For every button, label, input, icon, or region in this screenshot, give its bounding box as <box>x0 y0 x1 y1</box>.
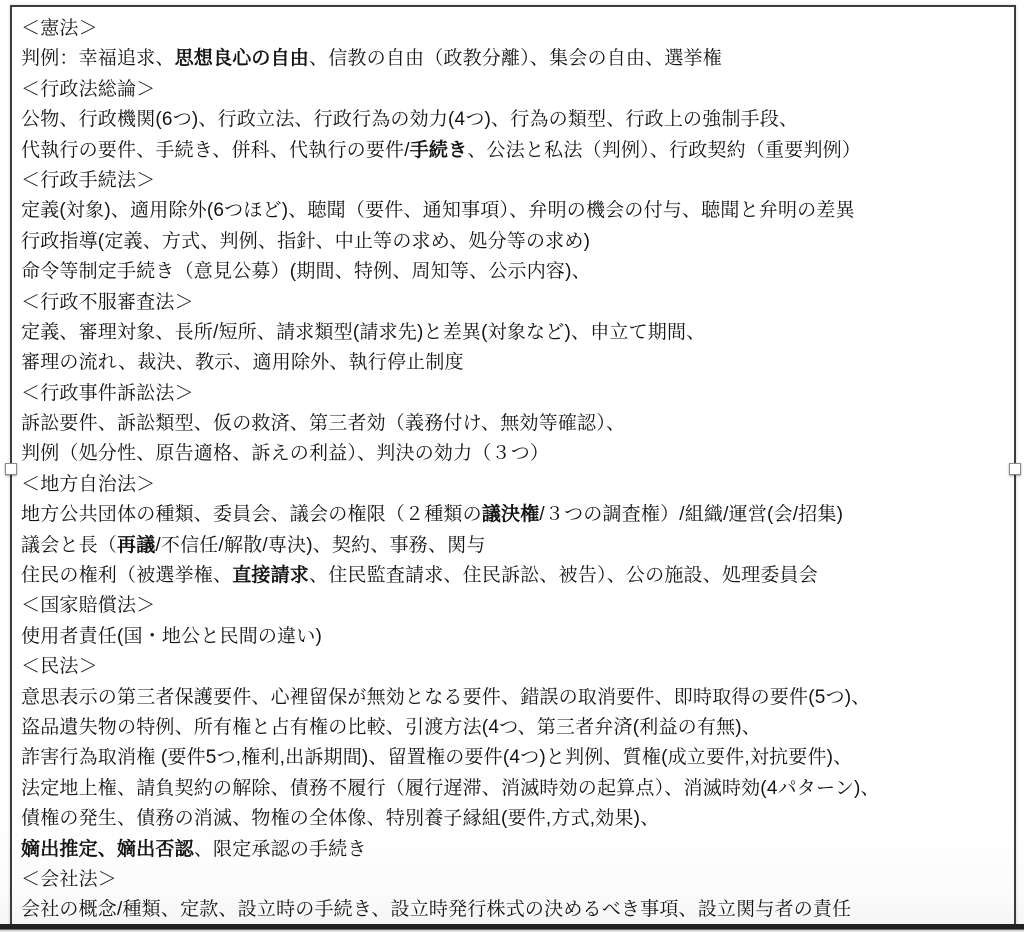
text-segment: ＜会社法＞ <box>21 869 117 890</box>
text-line: 会社の概念/種類、定款、設立時の手続き、設立時発行株式の決めるべき事項、設立関与… <box>21 895 1005 925</box>
text-segment: ＜国家賠償法＞ <box>21 595 155 616</box>
text-segment: 意思表示の第三者保護要件、心裡留保が無効となる要件、錯誤の取消要件、即時取得の要… <box>21 687 870 708</box>
section-heading: ＜憲法＞ <box>21 14 1005 44</box>
text-line: 訴訟要件、訴訟類型、仮の救済、第三者効（義務付け、無効等確認）、 <box>21 409 1005 439</box>
text-segment: 法定地上権、請負契約の解除、債務不履行（履行遅滞、消滅時効の起算点）、消滅時効(… <box>21 778 880 799</box>
section-heading: ＜行政事件訴訟法＞ <box>21 379 1005 409</box>
text-segment: /３つの調査権）/組織/運営(会/招集) <box>539 504 843 525</box>
text-segment: ＜地方自治法＞ <box>21 474 155 495</box>
text-segment: 公物、行政機関(6つ)、行政立法、行政行為の効力(4つ)、行為の類型、行政上の強… <box>21 109 798 130</box>
editor-canvas: ＜憲法＞判例：幸福追求、思想良心の自由、信教の自由（政教分離）、集会の自由、選挙… <box>0 0 1024 932</box>
text-line: 審理の流れ、裁決、教示、適用除外、執行停止制度 <box>21 348 1005 378</box>
text-segment: 地方公共団体の種類、委員会、議会の権限（２種類の <box>21 504 482 525</box>
slide-bottom-edge <box>0 924 1024 932</box>
section-heading: ＜地方自治法＞ <box>21 470 1005 500</box>
text-segment: 行政指導(定義、方式、判例、指針、中止等の求め、処分等の求め) <box>21 231 590 252</box>
text-segment: 定義、審理対象、長所/短所、請求類型(請求先)と差異(対象など)、申立て期間、 <box>21 322 705 343</box>
text-line: 意思表示の第三者保護要件、心裡留保が無効となる要件、錯誤の取消要件、即時取得の要… <box>21 683 1005 713</box>
text-segment: 命令等制定手続き（意見公募）(期間、特例、周知等、公示内容)、 <box>21 261 591 282</box>
section-heading: ＜行政手続法＞ <box>21 166 1005 196</box>
section-heading: ＜会社法＞ <box>21 865 1005 895</box>
text-segment: ＜行政法総論＞ <box>21 79 155 100</box>
section-heading: ＜行政不服審査法＞ <box>21 288 1005 318</box>
text-line: 命令等制定手続き（意見公募）(期間、特例、周知等、公示内容)、 <box>21 257 1005 287</box>
text-line: 詐害行為取消権 (要件5つ,権利,出訴期間)、留置権の要件(4つ)と判例、質権(… <box>21 743 1005 773</box>
text-segment: 使用者責任(国・地公と民間の違い) <box>21 626 322 647</box>
text-line: 法定地上権、請負契約の解除、債務不履行（履行遅滞、消滅時効の起算点）、消滅時効(… <box>21 774 1005 804</box>
section-heading: ＜民法＞ <box>21 652 1005 682</box>
bold-text-segment: 手続き <box>410 140 468 161</box>
text-line: 判例：幸福追求、思想良心の自由、信教の自由（政教分離）、集会の自由、選挙権 <box>21 44 1005 74</box>
text-line: 使用者責任(国・地公と民間の違い) <box>21 622 1005 652</box>
text-line: 地方公共団体の種類、委員会、議会の権限（２種類の議決権/３つの調査権）/組織/運… <box>21 500 1005 530</box>
resize-handle-middle-right[interactable] <box>1009 463 1021 475</box>
text-segment: /不信任/解散/専決)、契約、事務、関与 <box>155 535 485 556</box>
text-segment: 住民の権利（被選挙権、 <box>21 565 232 586</box>
section-heading: ＜行政法総論＞ <box>21 75 1005 105</box>
text-segment: 詐害行為取消権 (要件5つ,権利,出訴期間)、留置権の要件(4つ)と判例、質権(… <box>21 747 852 768</box>
bold-text-segment: 再議 <box>117 535 155 556</box>
bold-text-segment: 嫡出推定、嫡出否認 <box>21 839 194 860</box>
text-line: 公物、行政機関(6つ)、行政立法、行政行為の効力(4つ)、行為の類型、行政上の強… <box>21 105 1005 135</box>
bold-text-segment: 議決権 <box>482 504 540 525</box>
text-segment: 、住民監査請求、住民訴訟、被告）、公の施設、処理委員会 <box>309 565 818 586</box>
text-segment: 、信教の自由（政教分離）、集会の自由、選挙権 <box>309 48 722 69</box>
text-line: 住民の権利（被選挙権、直接請求、住民監査請求、住民訴訟、被告）、公の施設、処理委… <box>21 561 1005 591</box>
text-segment: ＜憲法＞ <box>21 18 98 39</box>
text-segment: 判例：幸福追求、 <box>21 48 175 69</box>
text-line: 判例（処分性、原告適格、訴えの利益）、判決の効力（３つ） <box>21 439 1005 469</box>
text-line: 定義(対象)、適用除外(6つほど)、聴聞（要件、通知事項）、弁明の機会の付与、聴… <box>21 196 1005 226</box>
text-segment: ＜行政事件訴訟法＞ <box>21 383 194 404</box>
text-line: 嫡出推定、嫡出否認、限定承認の手続き <box>21 835 1005 865</box>
text-line: 行政指導(定義、方式、判例、指針、中止等の求め、処分等の求め) <box>21 227 1005 257</box>
text-line: 定義、審理対象、長所/短所、請求類型(請求先)と差異(対象など)、申立て期間、 <box>21 318 1005 348</box>
text-segment: 代執行の要件、手続き、併科、代執行の要件/ <box>21 140 410 161</box>
text-segment: ＜行政手続法＞ <box>21 170 155 191</box>
selected-textbox[interactable]: ＜憲法＞判例：幸福追求、思想良心の自由、信教の自由（政教分離）、集会の自由、選挙… <box>10 5 1016 932</box>
text-line: 議会と長（再議/不信任/解散/専決)、契約、事務、関与 <box>21 531 1005 561</box>
text-segment: 訴訟要件、訴訟類型、仮の救済、第三者効（義務付け、無効等確認）、 <box>21 413 625 434</box>
text-segment: 会社の概念/種類、定款、設立時の手続き、設立時発行株式の決めるべき事項、設立関与… <box>21 899 851 920</box>
text-line: 代執行の要件、手続き、併科、代執行の要件/手続き、公法と私法（判例）、行政契約（… <box>21 136 1005 166</box>
text-segment: 定義(対象)、適用除外(6つほど)、聴聞（要件、通知事項）、弁明の機会の付与、聴… <box>21 200 855 221</box>
text-segment: ＜行政不服審査法＞ <box>21 292 194 313</box>
bold-text-segment: 直接請求 <box>232 565 309 586</box>
text-segment: ＜民法＞ <box>21 656 98 677</box>
bold-text-segment: 思想良心の自由 <box>175 48 309 69</box>
text-segment: 債権の発生、債務の消滅、物権の全体像、特別養子縁組(要件,方式,効果)、 <box>21 808 659 829</box>
textbox-content: ＜憲法＞判例：幸福追求、思想良心の自由、信教の自由（政教分離）、集会の自由、選挙… <box>12 7 1014 926</box>
text-segment: 審理の流れ、裁決、教示、適用除外、執行停止制度 <box>21 352 464 373</box>
text-segment: 判例（処分性、原告適格、訴えの利益）、判決の効力（３つ） <box>21 443 549 464</box>
text-line: 債権の発生、債務の消滅、物権の全体像、特別養子縁組(要件,方式,効果)、 <box>21 804 1005 834</box>
text-line: 盗品遺失物の特例、所有権と占有権の比較、引渡方法(4つ、第三者弁済(利益の有無)… <box>21 713 1005 743</box>
text-segment: 、限定承認の手続き <box>194 839 367 860</box>
text-segment: 盗品遺失物の特例、所有権と占有権の比較、引渡方法(4つ、第三者弁済(利益の有無)… <box>21 717 761 738</box>
text-segment: 議会と長（ <box>21 535 117 556</box>
resize-handle-middle-left[interactable] <box>5 463 17 475</box>
section-heading: ＜国家賠償法＞ <box>21 591 1005 621</box>
text-segment: 、公法と私法（判例）、行政契約（重要判例） <box>467 140 861 161</box>
